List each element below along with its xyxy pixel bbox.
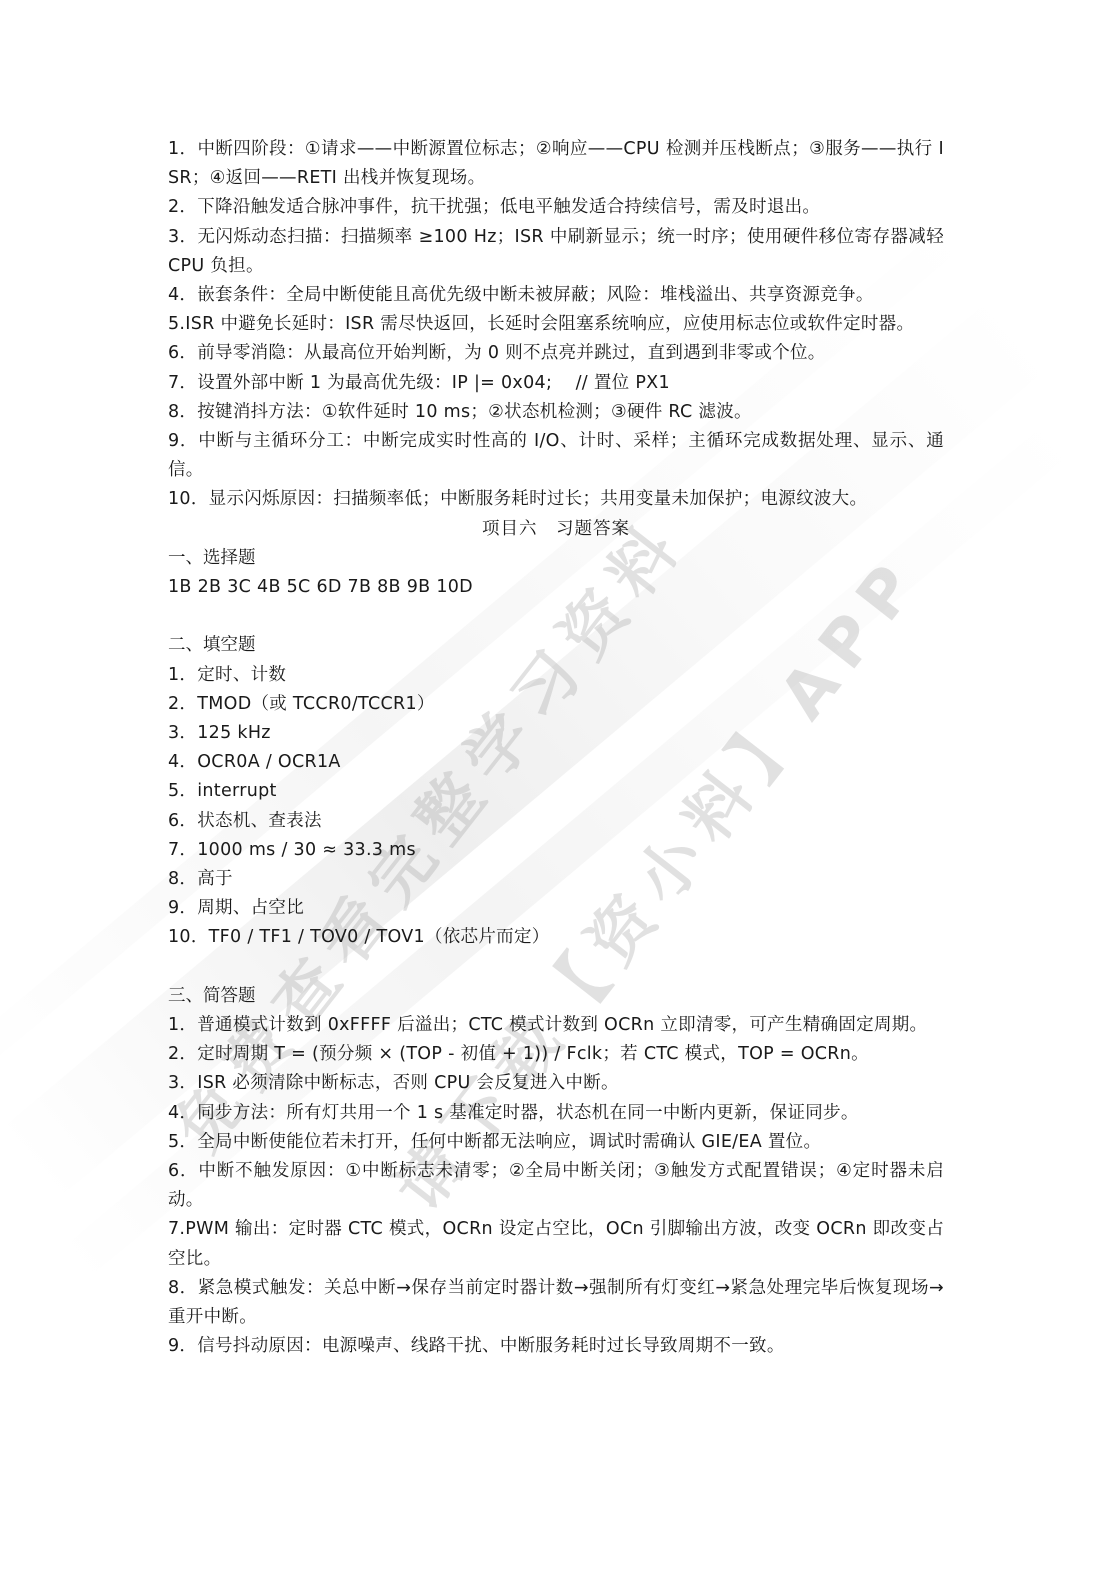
item-number: 2． <box>168 694 197 714</box>
prev-section-answers: 1．中断四阶段：①请求——中断源置位标志；②响应——CPU 检测并压栈断点；③服… <box>168 135 944 515</box>
item-text: 紧急模式触发：关总中断→保存当前定时器计数→强制所有灯变红→紧急处理完毕后恢复现… <box>168 1278 944 1327</box>
fill-blank-item: 4．OCR0A / OCR1A <box>168 748 944 777</box>
item-text: TF0 / TF1 / TOV0 / TOV1（依芯片而定） <box>209 927 550 947</box>
item-number: 5. <box>168 314 185 334</box>
item-number: 1． <box>168 139 197 159</box>
item-text: 按键消抖方法：①软件延时 10 ms；②状态机检测；③硬件 RC 滤波。 <box>197 402 752 422</box>
item-number: 3． <box>168 723 197 743</box>
item-text: 高于 <box>197 869 233 889</box>
document-page: 免费查看完整学习资料 请下载【资小料】APP 1．中断四阶段：①请求——中断源置… <box>0 0 1117 1579</box>
item-number: 9． <box>168 898 197 918</box>
fill-blank-item: 2．TMOD（或 TCCR0/TCCR1） <box>168 690 944 719</box>
answer-item: 9．中断与主循环分工：中断完成实时性高的 I/O、计时、采样；主循环完成数据处理… <box>168 427 944 485</box>
item-text: ISR 中避免长延时：ISR 需尽快返回，长延时会阻塞系统响应，应使用标志位或软… <box>185 314 914 334</box>
fill-blank-item: 5．interrupt <box>168 777 944 806</box>
item-text: 周期、占空比 <box>197 898 304 918</box>
fill-blank-item: 10．TF0 / TF1 / TOV0 / TOV1（依芯片而定） <box>168 923 944 952</box>
answer-item: 4．嵌套条件：全局中断使能且高优先级中断未被屏蔽；风险：堆栈溢出、共享资源竞争。 <box>168 281 944 310</box>
short-answer-heading: 三、简答题 <box>168 982 944 1011</box>
item-text: 定时周期 T = (预分频 × (TOP - 初值 + 1)) / Fclk；若… <box>197 1044 869 1064</box>
item-text: 中断与主循环分工：中断完成实时性高的 I/O、计时、采样；主循环完成数据处理、显… <box>168 431 944 480</box>
item-number: 10． <box>168 489 209 509</box>
item-text: TMOD（或 TCCR0/TCCR1） <box>197 694 435 714</box>
answer-item: 2．下降沿触发适合脉冲事件，抗干扰强；低电平触发适合持续信号，需及时退出。 <box>168 193 944 222</box>
fill-blank-item: 1．定时、计数 <box>168 661 944 690</box>
item-text: 125 kHz <box>197 723 271 743</box>
short-answer-item: 7.PWM 输出：定时器 CTC 模式，OCRn 设定占空比，OCn 引脚输出方… <box>168 1215 944 1273</box>
document-body: 1．中断四阶段：①请求——中断源置位标志；②响应——CPU 检测并压栈断点；③服… <box>168 135 944 1362</box>
item-text: 同步方法：所有灯共用一个 1 s 基准定时器，状态机在同一中断内更新，保证同步。 <box>197 1103 858 1123</box>
item-number: 4． <box>168 1103 197 1123</box>
item-text: 1000 ms / 30 ≈ 33.3 ms <box>197 840 416 860</box>
item-number: 7． <box>168 373 197 393</box>
blank-line <box>168 953 944 982</box>
item-number: 10． <box>168 927 209 947</box>
short-answer-item: 8．紧急模式触发：关总中断→保存当前定时器计数→强制所有灯变红→紧急处理完毕后恢… <box>168 1274 944 1332</box>
fill-blank-list: 1．定时、计数 2．TMOD（或 TCCR0/TCCR1） 3．125 kHz … <box>168 661 944 953</box>
item-number: 2． <box>168 197 197 217</box>
item-text: 下降沿触发适合脉冲事件，抗干扰强；低电平触发适合持续信号，需及时退出。 <box>197 197 820 217</box>
answer-item: 5.ISR 中避免长延时：ISR 需尽快返回，长延时会阻塞系统响应，应使用标志位… <box>168 310 944 339</box>
short-answer-item: 2．定时周期 T = (预分频 × (TOP - 初值 + 1)) / Fclk… <box>168 1040 944 1069</box>
item-number: 5． <box>168 1132 197 1152</box>
item-text: 嵌套条件：全局中断使能且高优先级中断未被屏蔽；风险：堆栈溢出、共享资源竞争。 <box>197 285 873 305</box>
item-text: 信号抖动原因：电源噪声、线路干扰、中断服务耗时过长导致周期不一致。 <box>197 1336 784 1356</box>
item-number: 8． <box>168 869 197 889</box>
item-number: 4． <box>168 752 197 772</box>
short-answer-item: 4．同步方法：所有灯共用一个 1 s 基准定时器，状态机在同一中断内更新，保证同… <box>168 1099 944 1128</box>
fill-blank-item: 6．状态机、查表法 <box>168 807 944 836</box>
item-text: PWM 输出：定时器 CTC 模式，OCRn 设定占空比，OCn 引脚输出方波，… <box>168 1219 944 1268</box>
answer-item: 10．显示闪烁原因：扫描频率低；中断服务耗时过长；共用变量未加保护；电源纹波大。 <box>168 485 944 514</box>
item-number: 1． <box>168 1015 197 1035</box>
item-number: 4． <box>168 285 197 305</box>
item-number: 6． <box>168 343 197 363</box>
item-number: 8． <box>168 1278 198 1298</box>
short-answer-item: 1．普通模式计数到 0xFFFF 后溢出；CTC 模式计数到 OCRn 立即清零… <box>168 1011 944 1040</box>
item-number: 8． <box>168 402 197 422</box>
answer-item: 7．设置外部中断 1 为最高优先级：IP |= 0x04; // 置位 PX1 <box>168 369 944 398</box>
item-text: 普通模式计数到 0xFFFF 后溢出；CTC 模式计数到 OCRn 立即清零，可… <box>197 1015 927 1035</box>
blank-line <box>168 602 944 631</box>
item-number: 7. <box>168 1219 185 1239</box>
item-number: 9． <box>168 1336 197 1356</box>
answer-item: 1．中断四阶段：①请求——中断源置位标志；②响应——CPU 检测并压栈断点；③服… <box>168 135 944 193</box>
choice-answers: 1B 2B 3C 4B 5C 6D 7B 8B 9B 10D <box>168 573 944 602</box>
short-answer-item: 3．ISR 必须清除中断标志，否则 CPU 会反复进入中断。 <box>168 1069 944 1098</box>
item-text: 设置外部中断 1 为最高优先级：IP |= 0x04; // 置位 PX1 <box>197 373 670 393</box>
item-number: 9． <box>168 431 198 451</box>
item-text: 全局中断使能位若未打开，任何中断都无法响应，调试时需确认 GIE/EA 置位。 <box>197 1132 821 1152</box>
item-text: 无闪烁动态扫描：扫描频率 ≥100 Hz；ISR 中刷新显示；统一时序；使用硬件… <box>168 227 944 276</box>
short-answer-list: 1．普通模式计数到 0xFFFF 后溢出；CTC 模式计数到 OCRn 立即清零… <box>168 1011 944 1361</box>
item-text: ISR 必须清除中断标志，否则 CPU 会反复进入中断。 <box>197 1073 619 1093</box>
short-answer-item: 9．信号抖动原因：电源噪声、线路干扰、中断服务耗时过长导致周期不一致。 <box>168 1332 944 1361</box>
answer-item: 3．无闪烁动态扫描：扫描频率 ≥100 Hz；ISR 中刷新显示；统一时序；使用… <box>168 223 944 281</box>
item-text: 中断四阶段：①请求——中断源置位标志；②响应——CPU 检测并压栈断点；③服务—… <box>168 139 944 188</box>
item-number: 1． <box>168 665 197 685</box>
item-number: 5． <box>168 781 197 801</box>
section-title: 项目六 习题答案 <box>168 515 944 544</box>
fill-blank-item: 8．高于 <box>168 865 944 894</box>
answer-item: 6．前导零消隐：从最高位开始判断，为 0 则不点亮并跳过，直到遇到非零或个位。 <box>168 339 944 368</box>
item-text: OCR0A / OCR1A <box>197 752 340 772</box>
item-number: 3． <box>168 1073 197 1093</box>
item-number: 7． <box>168 840 197 860</box>
answer-item: 8．按键消抖方法：①软件延时 10 ms；②状态机检测；③硬件 RC 滤波。 <box>168 398 944 427</box>
item-text: 前导零消隐：从最高位开始判断，为 0 则不点亮并跳过，直到遇到非零或个位。 <box>197 343 825 363</box>
short-answer-item: 6．中断不触发原因：①中断标志未清零；②全局中断关闭；③触发方式配置错误；④定时… <box>168 1157 944 1215</box>
choice-heading: 一、选择题 <box>168 544 944 573</box>
item-number: 2． <box>168 1044 197 1064</box>
item-number: 6． <box>168 811 197 831</box>
fill-blank-item: 9．周期、占空比 <box>168 894 944 923</box>
item-text: 中断不触发原因：①中断标志未清零；②全局中断关闭；③触发方式配置错误；④定时器未… <box>168 1161 944 1210</box>
item-number: 3． <box>168 227 197 247</box>
item-number: 6． <box>168 1161 198 1181</box>
fill-blank-item: 7．1000 ms / 30 ≈ 33.3 ms <box>168 836 944 865</box>
short-answer-item: 5．全局中断使能位若未打开，任何中断都无法响应，调试时需确认 GIE/EA 置位… <box>168 1128 944 1157</box>
item-text: 定时、计数 <box>197 665 286 685</box>
item-text: interrupt <box>197 781 276 801</box>
fill-blank-heading: 二、填空题 <box>168 631 944 660</box>
item-text: 状态机、查表法 <box>197 811 322 831</box>
fill-blank-item: 3．125 kHz <box>168 719 944 748</box>
item-text: 显示闪烁原因：扫描频率低；中断服务耗时过长；共用变量未加保护；电源纹波大。 <box>209 489 868 509</box>
